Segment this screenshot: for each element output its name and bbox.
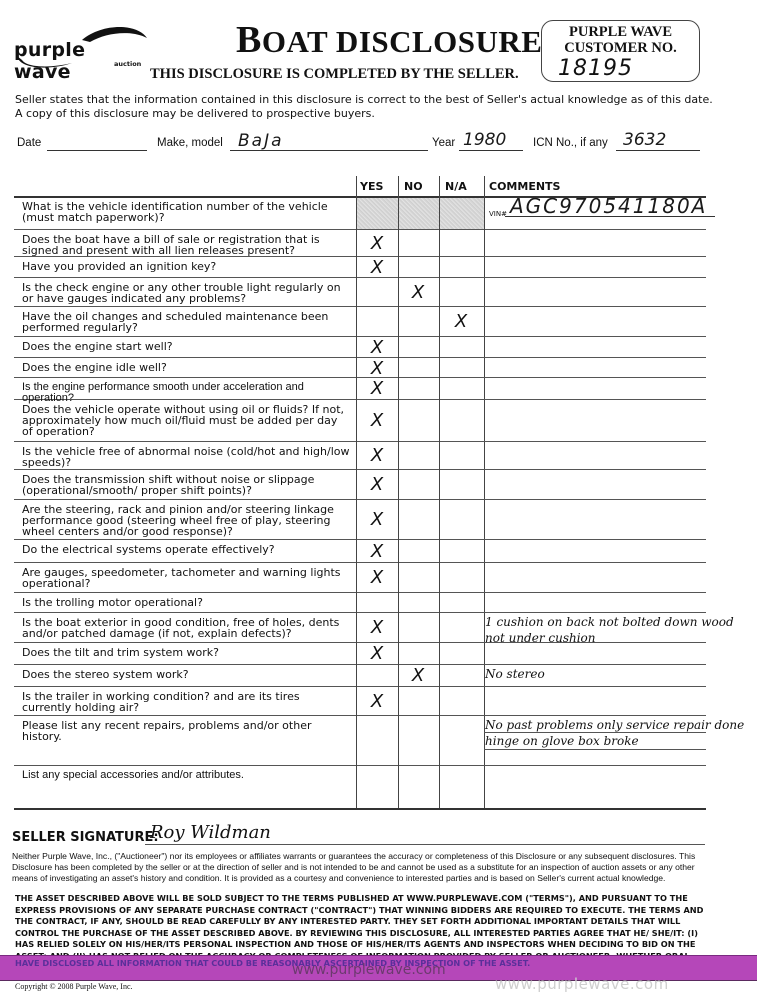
purple-wave-logo: purple wave auction — [12, 18, 147, 73]
answer-checkbox-yes[interactable]: X — [367, 691, 387, 712]
table-column-divider — [439, 176, 440, 808]
comment-rule — [484, 686, 706, 687]
year-underline — [459, 150, 523, 151]
comment-rule — [484, 306, 706, 307]
icn-label: ICN No., if any — [533, 137, 608, 149]
answer-checkbox-yes[interactable]: X — [367, 643, 387, 664]
answer-checkbox-yes[interactable]: X — [367, 541, 387, 562]
answer-checkbox-yes[interactable]: X — [367, 509, 387, 530]
intro-text: Seller states that the information conta… — [15, 93, 713, 121]
watermark-url: www.purplewave.com — [292, 962, 446, 978]
comment-rule — [484, 277, 706, 278]
logo-subtext: auction — [114, 60, 141, 68]
comment-rule — [484, 499, 706, 500]
comment-rule — [484, 377, 706, 378]
comment-rule — [484, 715, 706, 716]
question-text: Is the trailer in working condition? and… — [22, 691, 350, 714]
answer-checkbox-no[interactable]: X — [408, 665, 428, 686]
page-subtitle: THIS DISCLOSURE IS COMPLETED BY THE SELL… — [150, 66, 519, 83]
comment-rule — [484, 749, 706, 750]
table-rule — [14, 229, 706, 230]
answer-checkbox-yes[interactable]: X — [367, 617, 387, 638]
answer-checkbox-yes[interactable]: X — [367, 567, 387, 588]
year-field[interactable]: 1980 — [463, 130, 506, 150]
comment-rule — [484, 441, 706, 442]
comment-rule — [484, 592, 706, 593]
vin-shaded-cell-yes — [357, 197, 398, 229]
date-field[interactable] — [47, 150, 147, 151]
answer-checkbox-yes[interactable]: X — [367, 233, 387, 254]
comment-rule — [484, 256, 706, 257]
comment-rule — [484, 642, 706, 643]
comment-rule — [484, 765, 706, 766]
question-text: Is the trolling motor operational? — [22, 597, 350, 611]
question-text: Is the check engine or any other trouble… — [22, 282, 350, 305]
band-text: HAVE DISCLOSED ALL INFORMATION THAT COUL… — [15, 958, 530, 968]
question-text: Does the transmission shift without nois… — [22, 474, 350, 498]
answer-checkbox-yes[interactable]: X — [367, 445, 387, 466]
make-model-label: Make, model — [157, 137, 223, 149]
comment-rule — [484, 732, 706, 733]
col-header-no: NO — [404, 180, 423, 193]
question-text: Are gauges, speedometer, tachometer and … — [22, 567, 350, 591]
customer-number-box: PURPLE WAVECUSTOMER NO. 18195 — [541, 20, 700, 82]
question-text: What is the vehicle identification numbe… — [22, 201, 350, 228]
customer-number-value[interactable]: 18195 — [558, 56, 633, 81]
seller-signature-field[interactable]: Roy Wildman — [150, 822, 271, 843]
comment-rule — [484, 562, 706, 563]
make-model-field[interactable]: BaJa — [238, 131, 284, 151]
copyright: Copyright © 2008 Purple Wave, Inc. — [15, 982, 133, 991]
answer-checkbox-yes[interactable]: X — [367, 337, 387, 358]
question-text: Does the tilt and trim system work? — [22, 647, 350, 663]
answer-checkbox-yes[interactable]: X — [367, 410, 387, 431]
question-text: Does the engine idle well? — [22, 362, 350, 376]
col-header-comments: COMMENTS — [489, 180, 560, 193]
question-text: Does the stereo system work? — [22, 669, 350, 685]
watermark-url-faded: www.purplewave.com — [495, 975, 669, 993]
question-text: Does the boat have a bill of sale or reg… — [22, 234, 350, 255]
question-text: Is the engine performance smooth under a… — [22, 382, 350, 398]
question-text: Is the boat exterior in good condition, … — [22, 617, 350, 641]
question-text: Is the vehicle free of abnormal noise (c… — [22, 446, 350, 468]
question-text: Does the engine start well? — [22, 341, 350, 356]
table-column-divider — [398, 176, 399, 808]
seller-signature-label: SELLER SIGNATURE: — [12, 830, 159, 845]
answer-checkbox-na[interactable]: X — [451, 311, 471, 332]
question-text: Do the electrical systems operate effect… — [22, 544, 350, 561]
comment-rule — [484, 399, 706, 400]
question-text: Have you provided an ignition key? — [22, 261, 350, 276]
icn-underline — [616, 150, 700, 151]
question-text: Are the steering, rack and pinion and/or… — [22, 504, 350, 538]
answer-checkbox-yes[interactable]: X — [367, 474, 387, 495]
question-text: Does the vehicle operate without using o… — [22, 404, 350, 440]
comment-rule — [484, 336, 706, 337]
question-text: Have the oil changes and scheduled maint… — [22, 311, 350, 335]
year-label: Year — [432, 137, 455, 149]
date-label: Date — [17, 137, 41, 149]
icn-field[interactable]: 3632 — [623, 130, 666, 150]
col-header-na: N/A — [445, 180, 467, 193]
question-text: Please list any recent repairs, problems… — [22, 720, 350, 764]
comment-field[interactable]: No past problems only service repair don… — [485, 717, 755, 749]
table-column-divider — [484, 176, 485, 808]
table-column-divider — [356, 176, 357, 808]
signature-line — [145, 844, 705, 845]
page-title: BOAT DISCLOSURE — [236, 18, 543, 62]
comment-rule — [484, 664, 706, 665]
question-text: List any special accessories and/or attr… — [22, 770, 350, 807]
comment-rule — [484, 469, 706, 470]
customer-number-label: PURPLE WAVECUSTOMER NO. — [542, 24, 699, 56]
col-header-yes: YES — [360, 180, 383, 193]
comment-rule — [484, 357, 706, 358]
comment-rule — [484, 539, 706, 540]
answer-checkbox-yes[interactable]: X — [367, 378, 387, 399]
answer-checkbox-no[interactable]: X — [408, 282, 428, 303]
vin-shaded-cell-no — [399, 197, 439, 229]
table-rule — [14, 808, 706, 810]
vin-shaded-cell-na — [440, 197, 484, 229]
comment-field[interactable]: No stereo — [485, 666, 755, 682]
disclaimer-text: Neither Purple Wave, Inc., ("Auctioneer"… — [12, 851, 712, 884]
vin-field[interactable]: AGC970541180A — [510, 194, 707, 218]
answer-checkbox-yes[interactable]: X — [367, 257, 387, 278]
comment-rule — [484, 612, 706, 613]
answer-checkbox-yes[interactable]: X — [367, 358, 387, 379]
